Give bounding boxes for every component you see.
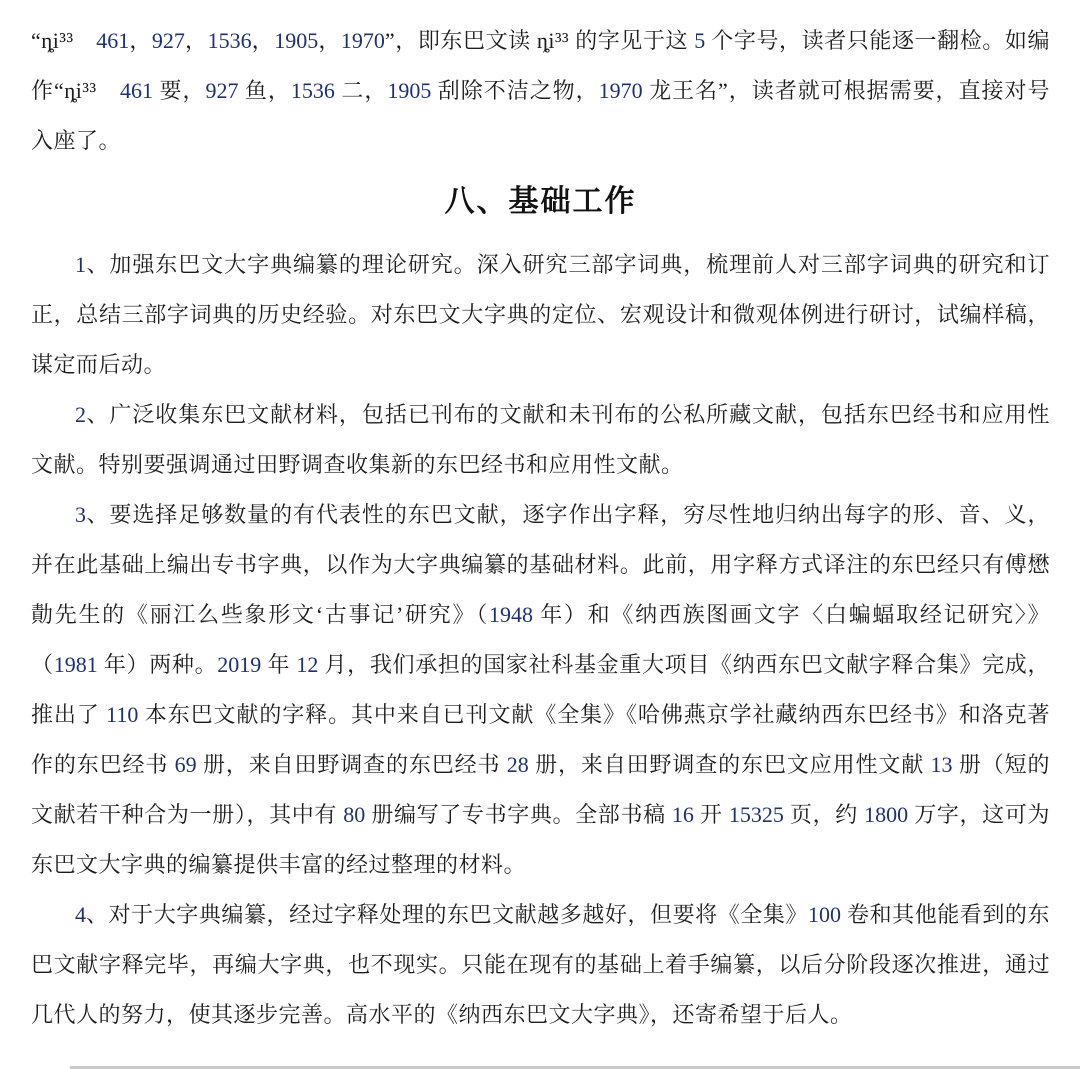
paragraph-1: 1、加强东巴文大字典编纂的理论研究。深入研究三部字词典，梳理前人对三部字词典的研… [31, 240, 1050, 390]
paragraph-intro: “ȵi³³ 461，927，1536，1905，1970”，即东巴文读 ȵi³³… [31, 16, 1050, 166]
paragraph-3: 3、要选择足够数量的有代表性的东巴文献，逐字作出字释，穷尽性地归纳出每字的形、音… [31, 490, 1050, 890]
paragraph-2: 2、广泛收集东巴文献材料，包括已刊布的文献和未刊布的公私所藏文献，包括东巴经书和… [31, 390, 1050, 490]
paragraph-4: 4、对于大字典编纂，经过字释处理的东巴文献越多越好，但要将《全集》100 卷和其… [31, 890, 1050, 1040]
section-heading: 八、基础工作 [31, 180, 1050, 224]
document-page: “ȵi³³ 461，927，1536，1905，1970”，即东巴文读 ȵi³³… [0, 0, 1080, 1069]
